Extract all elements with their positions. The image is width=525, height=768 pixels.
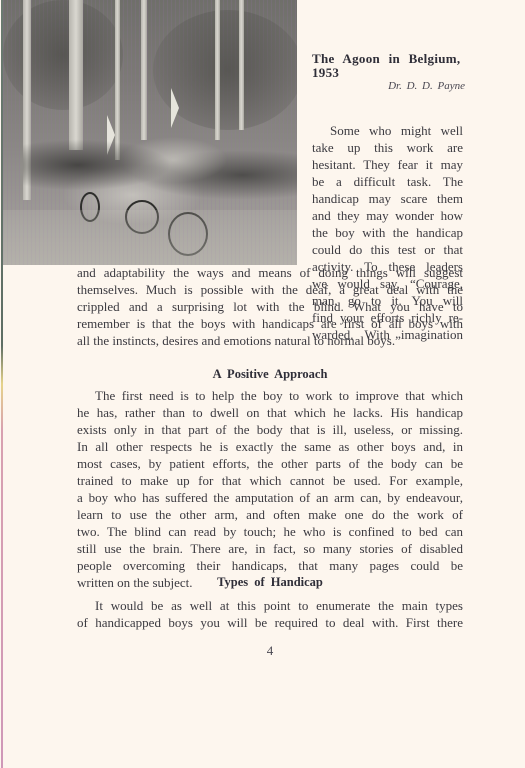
- text-line: and they may wonder how: [312, 207, 463, 224]
- article-title-line1: The Agoon in Belgium,: [312, 51, 460, 66]
- text-line: hesitant. They fear it may: [312, 156, 463, 173]
- photo-foliage: [3, 0, 123, 110]
- text-line: a boy who has suffered the amputation of…: [77, 489, 463, 506]
- text-line: learn to use the other arm, and often ma…: [77, 506, 463, 523]
- text-line: people overcoming their handicaps, that …: [77, 557, 463, 574]
- photo-tree: [239, 0, 244, 130]
- photo-flag: [171, 88, 179, 128]
- text-line: two. The blind can read by touch; he who…: [77, 523, 463, 540]
- text-line: It would be as well at this point to enu…: [77, 597, 463, 614]
- photo-tree: [141, 0, 147, 140]
- text-line: Some who might well: [312, 122, 463, 139]
- scouts-photograph: [3, 0, 297, 265]
- text-line: be a difficult task. The: [312, 173, 463, 190]
- text-line: crippled and a surprising lot with the b…: [77, 298, 463, 315]
- text-line: trained to make up for that which cannot…: [77, 472, 463, 489]
- photo-tree: [215, 0, 220, 140]
- text-line: exists only in that part of the body tha…: [77, 421, 463, 438]
- photo-ground: [3, 210, 297, 265]
- text-line: all the instincts, desires and emotions …: [77, 332, 463, 349]
- text-line: the boy with the handicap: [312, 224, 463, 241]
- text-line: The first need is to help the boy to wor…: [77, 387, 463, 404]
- text-line: handicap may scare them: [312, 190, 463, 207]
- text-line: he has, rather than to dwell on that whi…: [77, 404, 463, 421]
- text-line: and adaptability the ways and means of d…: [77, 264, 463, 281]
- text-line: remember is that the boys with handicaps…: [77, 315, 463, 332]
- article-title: The Agoon in Belgium, 1953: [312, 52, 465, 80]
- text-line: could do this test or that: [312, 241, 463, 258]
- text-line: of handicapped boys you will be required…: [77, 614, 463, 631]
- intro-paragraph-wide: and adaptability the ways and means of d…: [77, 264, 463, 349]
- text-line: themselves. Much is possible with the de…: [77, 281, 463, 298]
- article-title-line2: 1953: [312, 65, 339, 80]
- text-line: still use the brain. There are, in fact,…: [77, 540, 463, 557]
- article-byline: Dr. D. D. Payne: [312, 80, 465, 92]
- section-paragraph-positive-approach: The first need is to help the boy to wor…: [77, 387, 463, 591]
- text-line: most cases, by patient efforts, the othe…: [77, 455, 463, 472]
- section-heading-positive-approach: A Positive Approach: [77, 367, 463, 382]
- section-paragraph-types-of-handicap: It would be as well at this point to enu…: [77, 597, 463, 631]
- text-line: In all other respects he is exactly the …: [77, 438, 463, 455]
- section-heading-types-of-handicap: Types of Handicap: [77, 575, 463, 590]
- page-number: 4: [77, 643, 463, 659]
- text-line: take up this work are: [312, 139, 463, 156]
